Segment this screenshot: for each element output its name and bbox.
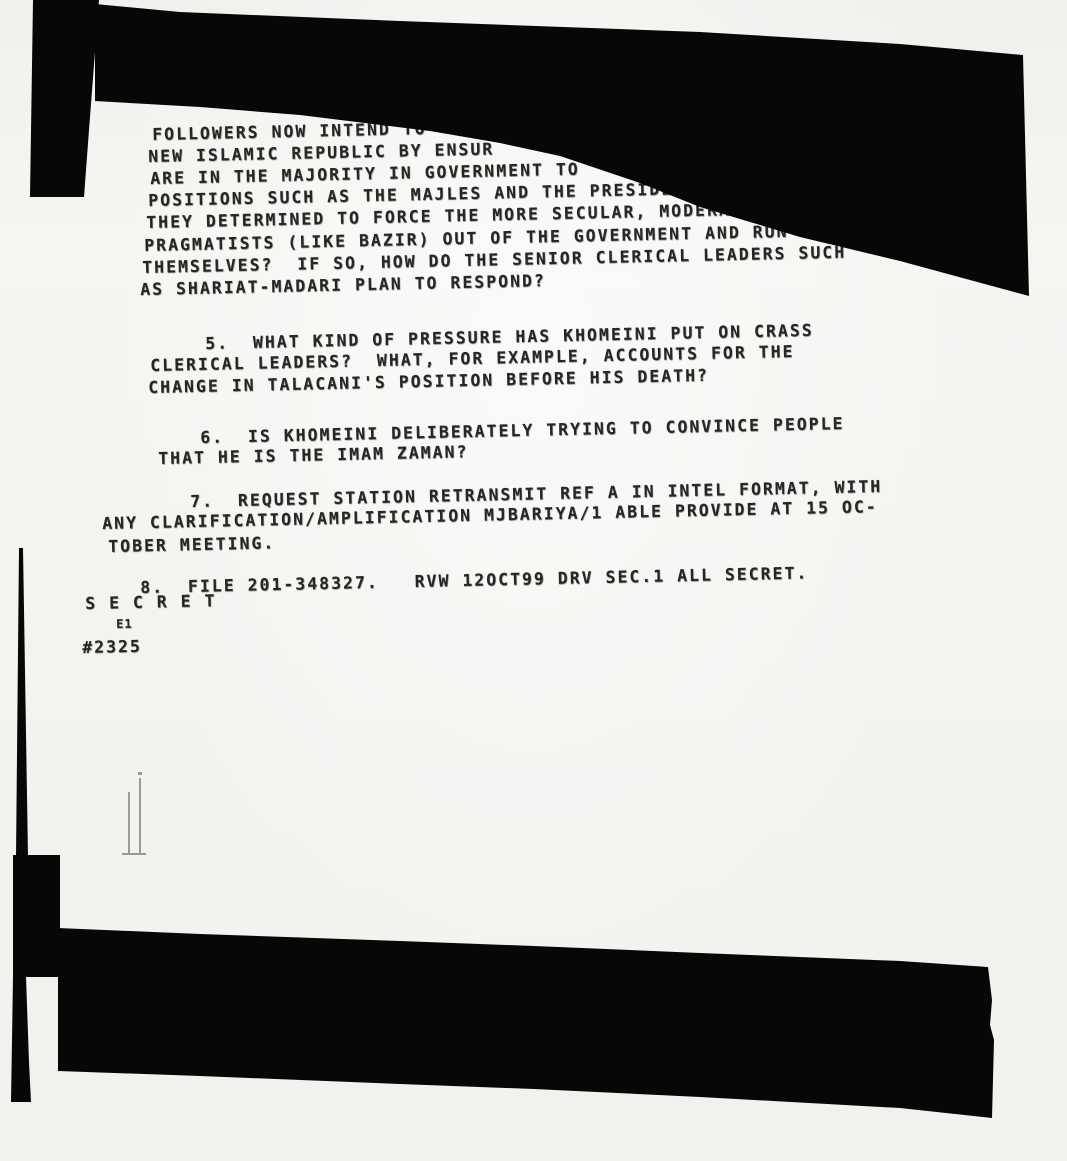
- redaction-left-line: [16, 548, 28, 857]
- scanned-document-page: FOLLOWERS NOW INTEND TO NEW ISLAMIC REPU…: [0, 0, 1067, 1161]
- redaction-layer: [0, 0, 1067, 1161]
- redaction-bottom-band: [58, 928, 994, 1118]
- redaction-top-left-bar: [30, 0, 99, 197]
- redaction-top-band: [95, 4, 1029, 296]
- redaction-left-block: [13, 855, 60, 977]
- redaction-left-strip: [11, 977, 31, 1102]
